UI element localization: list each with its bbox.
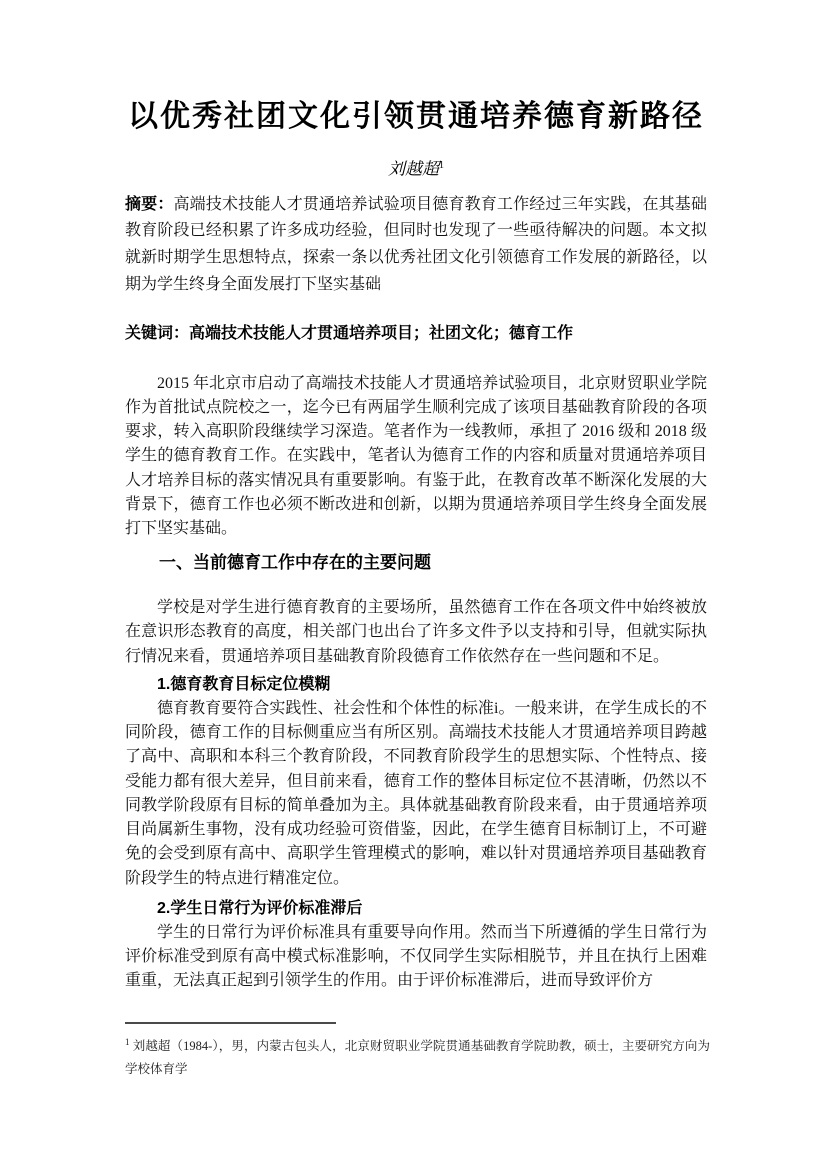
footnote-ref: 1 — [125, 1037, 130, 1047]
subsection-1-paragraph: 德育教育要符合实践性、社会性和个体性的标准i。一般来讲，在学生成长的不同阶段，德… — [125, 697, 707, 891]
abstract-text: 高端技术技能人才贯通培养试验项目德育教育工作经过三年实践，在其基础教育阶段已经积… — [125, 196, 707, 293]
footnote-separator — [125, 1022, 336, 1024]
abstract-label: 摘要： — [125, 196, 174, 213]
section-1-heading: 一、当前德育工作中存在的主要问题 — [125, 549, 707, 576]
abstract-paragraph: 摘要：高端技术技能人才贯通培养试验项目德育教育工作经过三年实践，在其基础教育阶段… — [125, 192, 707, 299]
footnote-area: 1 刘越超（1984-），男，内蒙古包头人，北京财贸职业学院贯通基础教育学院助教… — [125, 1022, 710, 1080]
keywords-label: 关键词： — [125, 325, 189, 342]
subsection-2-heading: 2.学生日常行为评价标准滞后 — [125, 897, 707, 921]
footnote: 1 刘越超（1984-），男，内蒙古包头人，北京财贸职业学院贯通基础教育学院助教… — [125, 1031, 710, 1080]
author-name: 刘越超 — [388, 160, 439, 179]
page-title: 以优秀社团文化引领贯通培养德育新路径 — [125, 96, 707, 138]
subsection-2-paragraph: 学生的日常行为评价标准具有重要导向作用。然而当下所遵循的学生日常行为评价标准受到… — [125, 921, 707, 994]
subsection-1-heading: 1.德育教育目标定位模糊 — [125, 673, 707, 697]
keywords-text: 高端技术技能人才贯通培养项目；社团文化；德育工作 — [189, 325, 573, 342]
keywords-line: 关键词：高端技术技能人才贯通培养项目；社团文化；德育工作 — [125, 320, 707, 347]
section-1-paragraph: 学校是对学生进行德育教育的主要场所，虽然德育工作在各项文件中始终被放在意识形态教… — [125, 596, 707, 669]
intro-paragraph: 2015 年北京市启动了高端技术技能人才贯通培养试验项目，北京财贸职业学院作为首… — [125, 372, 707, 541]
footnote-text: 刘越超（1984-），男，内蒙古包头人，北京财贸职业学院贯通基础教育学院助教，硕… — [125, 1039, 710, 1076]
author-footnote-ref: 1 — [439, 160, 444, 171]
paper-content: 以优秀社团文化引领贯通培养德育新路径 刘越超1 摘要：高端技术技能人才贯通培养试… — [125, 96, 707, 994]
paper-page: 以优秀社团文化引领贯通培养德育新路径 刘越超1 摘要：高端技术技能人才贯通培养试… — [0, 0, 826, 1169]
author-line: 刘越超1 — [125, 153, 707, 183]
